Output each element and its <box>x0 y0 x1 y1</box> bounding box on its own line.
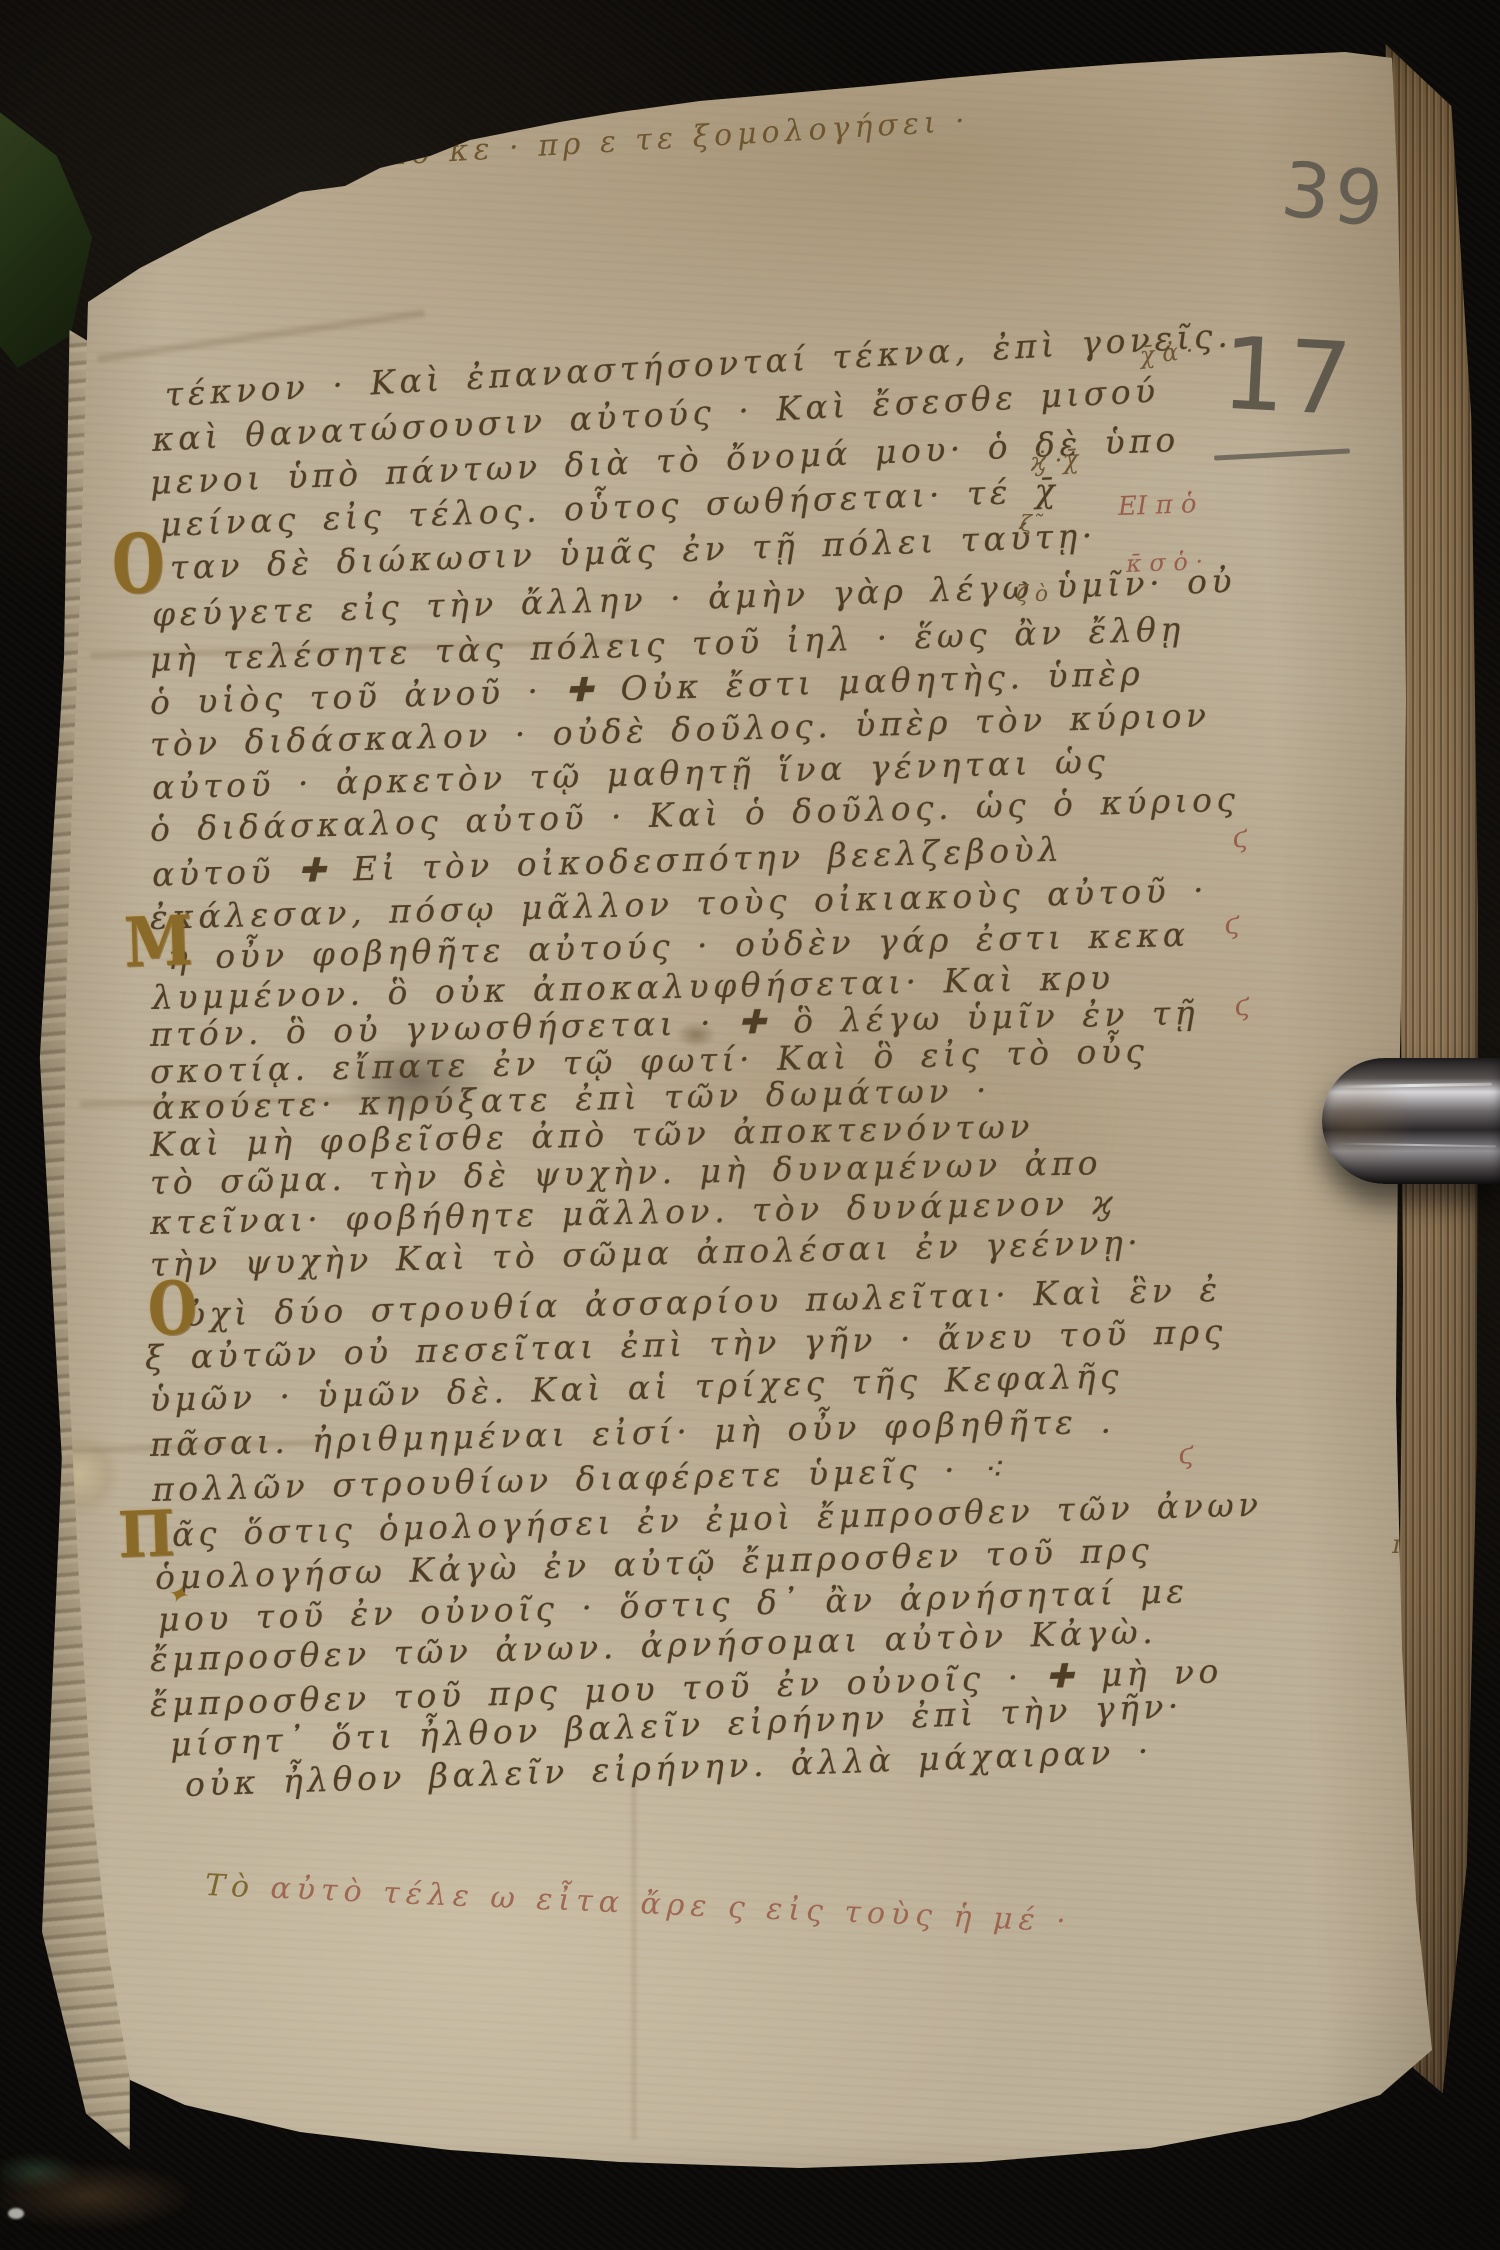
rod-highlight <box>1332 1083 1492 1089</box>
margin-note: ϛ <box>1222 906 1241 940</box>
pencil-underline <box>1214 448 1350 460</box>
margin-note: ΕΙ π ὁ <box>1117 489 1197 522</box>
pencil-folio-number: 39 <box>1277 144 1392 245</box>
rubric-rest: αὐτὸ τέλε ω εἶτα ἄρε ς εἰς τοὺς ἡ μέ · <box>254 1870 1072 1939</box>
margin-note: ϛ <box>1232 988 1252 1023</box>
crease-line <box>630 1780 638 2140</box>
margin-note: ϛ <box>1230 820 1250 855</box>
margin-note: ζ῀ <box>1020 512 1043 537</box>
margin-note: ζ ὸ <box>1016 582 1048 607</box>
cover-corner-smear <box>0 2130 300 2250</box>
manuscript-photo: ϗ ῍ ῀ ´ ᾿ ῀ ὶ ´ πὶ ϗ ἇ τ · ϋ πο κε · πρ … <box>0 0 1500 2250</box>
white-speck <box>8 2208 24 2219</box>
acrylic-page-weight-rod <box>1322 1058 1500 1184</box>
margin-note: χ̄ ἀ · <box>1139 336 1195 369</box>
gold-initial-Ο: Ο <box>111 517 166 614</box>
gold-initial-Ο: Ο <box>147 1265 198 1353</box>
margin-note: ϗ̈ ·χ̄ <box>1029 445 1079 478</box>
crease-line <box>97 307 425 365</box>
gold-initial-Μ: Μ <box>123 900 194 983</box>
rubric-lead: Τὸ <box>204 1868 255 1905</box>
pencil-leaf-number: 17 <box>1219 315 1356 439</box>
margin-note: ϛ <box>1176 1436 1195 1470</box>
rod-highlight <box>1336 1143 1496 1148</box>
parchment-page: ϗ ῍ ῀ ´ ᾿ ῀ ὶ ´ πὶ ϗ ἇ τ · ϋ πο κε · πρ … <box>0 0 1500 2250</box>
liturgical-rubric: Τὸ αὐτὸ τέλε ω εἶτα ἄρε ς εἰς τοὺς ἡ μέ … <box>204 1868 1072 1939</box>
margin-note: κ̄ σ ὁ · <box>1126 547 1204 578</box>
gold-initial-Π: Π <box>117 1497 176 1573</box>
